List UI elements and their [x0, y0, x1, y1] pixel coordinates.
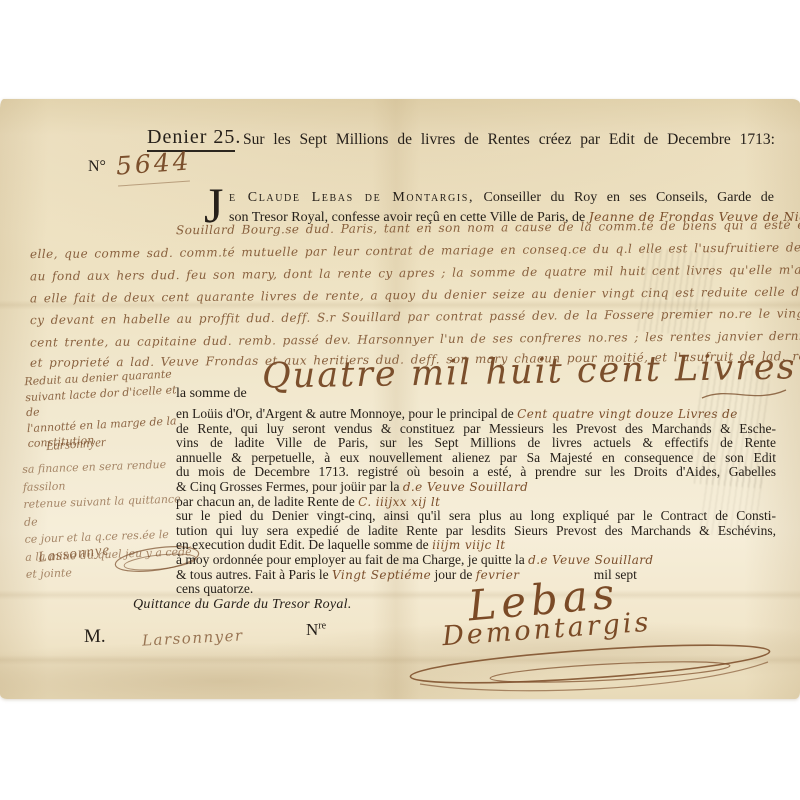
n-label: Nre [306, 620, 326, 640]
signature-flourish-icon [360, 632, 780, 702]
body-line: annuelle & perpetuelle, à eux nouvelleme… [176, 451, 776, 466]
number-label: N° [88, 158, 106, 176]
body-line: du mois de Decembre 1713. registré où be… [176, 465, 776, 480]
body-line: par chacun an, de ladite Rente de C. iii… [176, 495, 776, 510]
principal-handwritten: Cent quatre vingt douze Livres de [517, 407, 738, 421]
margin-note-line: sa finance en sera rendue fassilon [22, 455, 191, 496]
day-handwritten: Vingt Septiéme [332, 568, 431, 582]
body-line: de Rente, qui luy seront vendus & consti… [176, 422, 776, 437]
body-line: à moy ordonnée pour employer au fait de … [176, 553, 776, 568]
dropcap-initial: J [204, 182, 223, 228]
officer-name: e Claude Lebas de Montargis, [229, 190, 474, 205]
beneficiary-handwritten: d.e Veuve Souillard [403, 480, 528, 494]
rente-amount-handwritten: C. iiijxx xij lt [358, 495, 440, 509]
number-value-handwritten: 5644 [115, 146, 192, 180]
opening-line1: e Claude Lebas de Montargis, Conseiller … [229, 189, 774, 208]
body-line: sur le pied du Denier vingt-cinq, ainsi … [176, 509, 776, 524]
body-line: en execution dudit Edit. De laquelle som… [176, 538, 776, 553]
body-line: en Loüis d'Or, d'Argent & autre Monnoye,… [176, 407, 776, 422]
quittance-caption: Quittance du Garde du Tresor Royal. [133, 597, 352, 613]
sum-label: la somme de [176, 386, 247, 402]
pen-flourish-icon [700, 384, 790, 406]
edict-title: Sur les Sept Millions de livres de Rente… [243, 131, 775, 149]
denier-heading: Denier 25. [147, 126, 241, 149]
total-abbrev-handwritten: iiijm viijc lt [432, 538, 505, 552]
opening-line1-rest: Conseiller du Roy en ses Conseils, Garde… [484, 190, 774, 205]
body-line: tution qui luy sera expedié de ladite Re… [176, 524, 776, 539]
m-label: M. [84, 626, 106, 648]
margin-note-line: retenue suivant la quittance de [23, 490, 192, 531]
quit-name-handwritten: d.e Veuve Souillard [528, 553, 653, 567]
body-line: vins de ladite Ville de Paris, sur les S… [176, 436, 776, 451]
body-paragraph: en Loüis d'Or, d'Argent & autre Monnoye,… [176, 407, 776, 597]
body-line: & Cinq Grosses Fermes, pour joüir par la… [176, 480, 776, 495]
document-photo: Denier 25. Sur les Sept Millions de livr… [0, 0, 800, 800]
